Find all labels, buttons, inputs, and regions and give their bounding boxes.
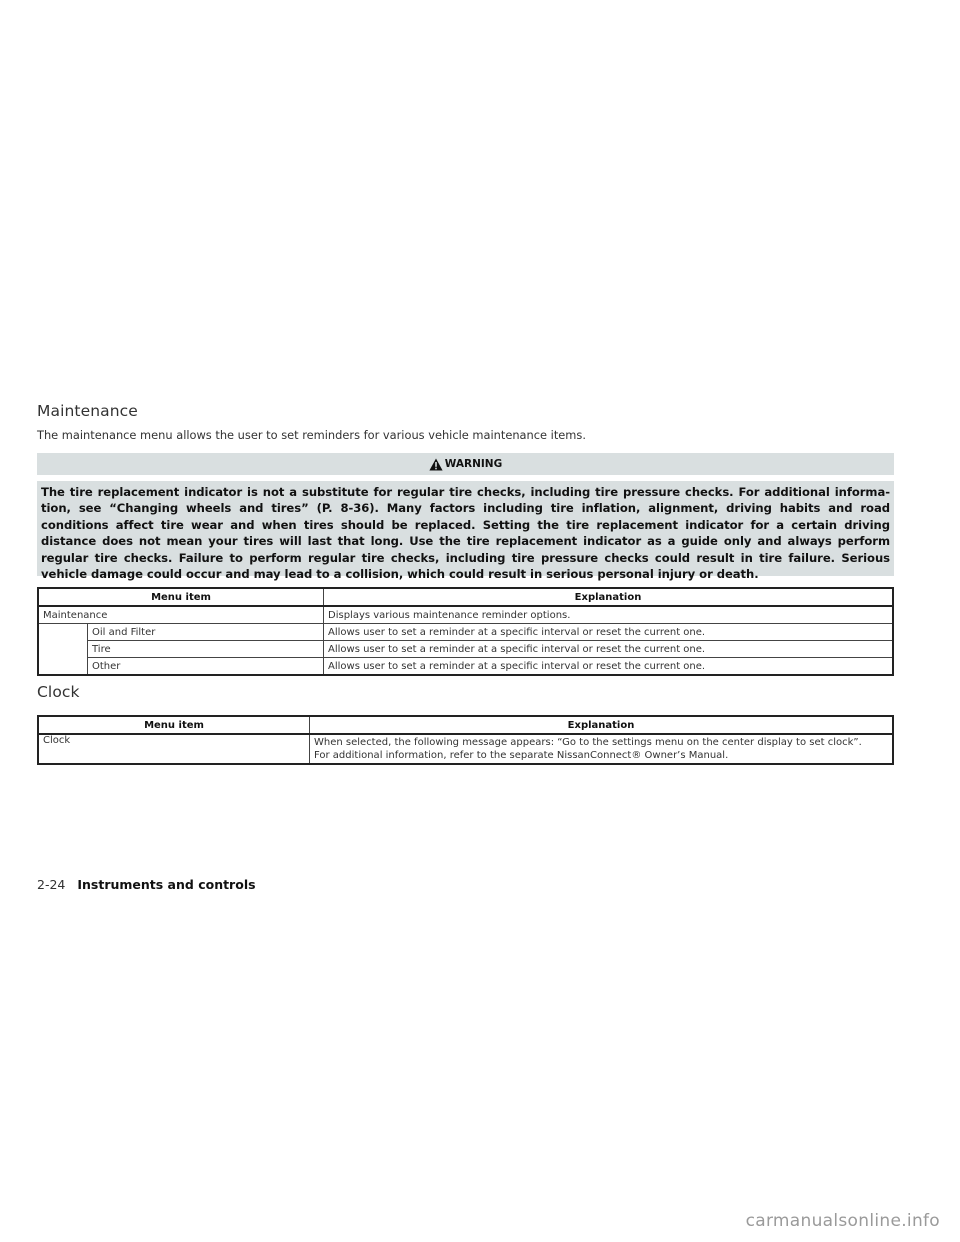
explanation-cell: Allows user to set a reminder at a speci… [324,658,894,676]
explanation-line: When selected, the following message app… [314,736,888,749]
table-header-row: Menu item Explanation [38,588,893,606]
warning-text: The tire replacement indicator is not a … [41,484,890,582]
maintenance-section-title: Maintenance [37,402,138,420]
page-footer: 2-24 Instruments and controls [37,877,256,892]
menu-item-cell: Tire [88,641,324,658]
header-explanation: Explanation [310,716,894,734]
indent-cell [38,624,88,676]
warning-label: WARNING [445,458,502,470]
menu-item-cell: Clock [38,734,310,764]
chapter-title: Instruments and controls [77,877,255,892]
explanation-cell: Allows user to set a reminder at a speci… [324,624,894,641]
watermark-link[interactable]: carmanualsonline.info [746,1211,940,1231]
explanation-line: For additional information, refer to the… [314,749,888,762]
warning-triangle-icon [429,458,443,471]
header-explanation: Explanation [324,588,894,606]
table-row: Maintenance Displays various maintenance… [38,606,893,624]
warning-header: WARNING [37,453,894,475]
table-row: Oil and Filter Allows user to set a remi… [38,624,893,641]
table-row: Other Allows user to set a reminder at a… [38,658,893,676]
menu-item-cell: Oil and Filter [88,624,324,641]
explanation-cell: Displays various maintenance reminder op… [324,606,894,624]
table-header-row: Menu item Explanation [38,716,893,734]
menu-item-cell: Other [88,658,324,676]
page-number: 2-24 [37,877,65,892]
explanation-cell: When selected, the following message app… [310,734,894,764]
menu-item-cell: Maintenance [38,606,324,624]
table-row: Clock When selected, the following messa… [38,734,893,764]
maintenance-menu-table: Menu item Explanation Maintenance Displa… [37,587,894,676]
explanation-cell: Allows user to set a reminder at a speci… [324,641,894,658]
table-row: Tire Allows user to set a reminder at a … [38,641,893,658]
maintenance-intro-text: The maintenance menu allows the user to … [37,428,586,442]
clock-menu-table: Menu item Explanation Clock When selecte… [37,715,894,765]
warning-body: The tire replacement indicator is not a … [37,481,894,576]
header-menu-item: Menu item [38,716,310,734]
clock-section-title: Clock [37,683,80,701]
header-menu-item: Menu item [38,588,324,606]
